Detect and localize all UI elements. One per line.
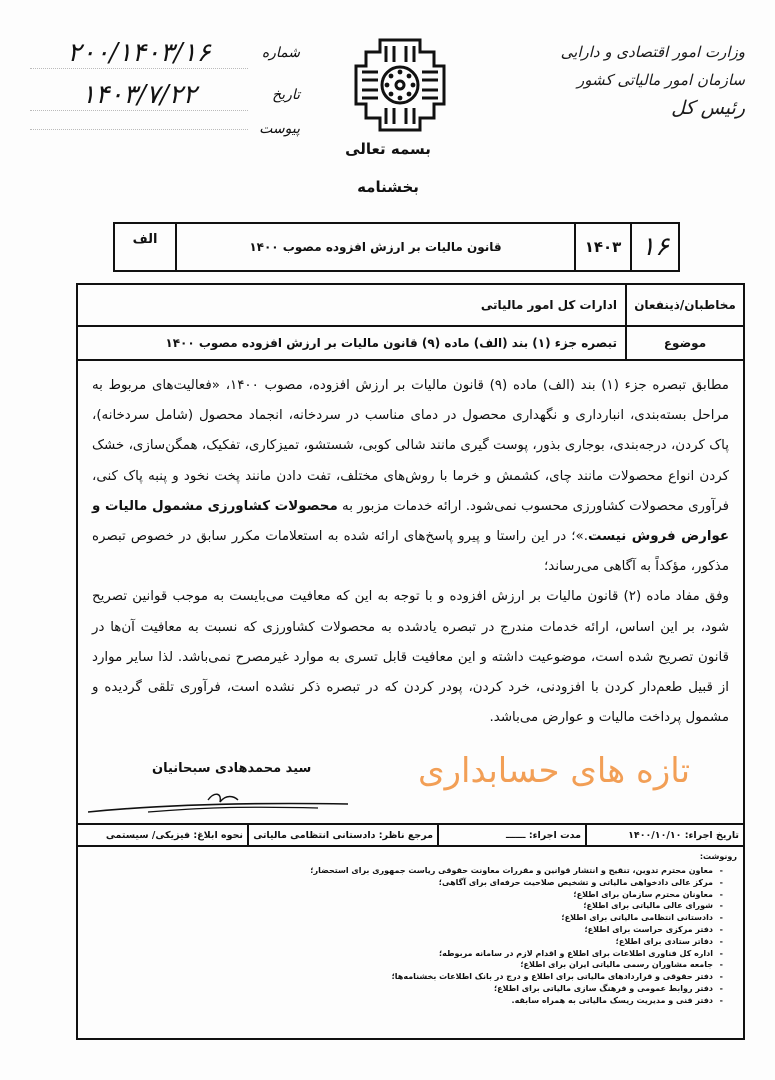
delivery-method: نحوه ابلاغ: فیزیکی/ سیستمی	[78, 825, 247, 845]
cc-list: رونوشت: معاون محترم تدوین، تنقیح و انتشا…	[88, 851, 737, 1007]
date-row: تاریخ ۱۴۰۳/۷/۲۲	[30, 74, 300, 116]
cc-title: رونوشت:	[88, 851, 737, 863]
cc-item: دفتر حقوقی و قراردادهای مالیاتی برای اطل…	[88, 971, 723, 983]
cc-item: معاون محترم تدوین، تنقیح و انتشار قوانین…	[88, 865, 723, 877]
subject-label: موضوع	[625, 327, 743, 359]
subject-value: تبصره جزء (۱) بند (الف) ماده (۹) قانون م…	[78, 327, 625, 359]
cc-item: دادستانی انتظامی مالیاتی برای اطلاع؛	[88, 912, 723, 924]
circular-law-title: قانون مالیات بر ارزش افزوده مصوب ۱۴۰۰	[175, 224, 574, 270]
circular-body-frame: مخاطبان/ذینفعان ادارات کل امور مالیاتی م…	[76, 283, 745, 1040]
recipients-row: مخاطبان/ذینفعان ادارات کل امور مالیاتی	[78, 285, 743, 327]
tax-organization-emblem-icon	[354, 38, 446, 132]
watermark-text: تازه های حسابداری	[418, 751, 690, 791]
cc-item: اداره کل فناوری اطلاعات برای اطلاع و اقد…	[88, 948, 723, 960]
ministry-header: وزارت امور اقتصادی و دارایی سازمان امور …	[545, 38, 745, 122]
execution-date: تاریخ اجراء: ۱۴۰۰/۱۰/۱۰	[585, 825, 743, 845]
body-paragraph-1: مطابق تبصره جزء (۱) بند (الف) ماده (۹) ق…	[92, 371, 729, 582]
circular-header-table: ۱۶ ۱۴۰۳ قانون مالیات بر ارزش افزوده مصوب…	[113, 222, 680, 272]
execution-period: مدت اجراء: ــــــ	[437, 825, 585, 845]
ministry-name: وزارت امور اقتصادی و دارایی	[545, 38, 745, 66]
document-type-heading: بخشنامه	[300, 178, 476, 196]
number-value: ۲۰۰/۱۴۰۳/۱۶	[30, 38, 248, 69]
circular-body-text: مطابق تبصره جزء (۱) بند (الف) ماده (۹) ق…	[92, 371, 729, 733]
cc-item: معاونان محترم سازمان برای اطلاع؛	[88, 889, 723, 901]
circular-year: ۱۴۰۳	[574, 224, 630, 270]
number-row: شماره ۲۰۰/۱۴۰۳/۱۶	[30, 32, 300, 74]
cc-item: شورای عالی مالیاتی برای اطلاع؛	[88, 900, 723, 912]
circular-series: الف	[115, 224, 175, 270]
recipients-label: مخاطبان/ذینفعان	[625, 285, 743, 325]
date-label: تاریخ	[248, 87, 300, 103]
signature-scribble-icon	[88, 790, 408, 822]
attachment-value	[30, 129, 248, 130]
signer-name: سید محمدهادی سبحانیان	[152, 761, 311, 776]
organization-name: سازمان امور مالیاتی کشور	[545, 66, 745, 94]
number-label: شماره	[248, 45, 300, 61]
attachment-label: پیوست	[248, 121, 300, 137]
cc-item: دفتر فنی و مدیریت ریسک مالیاتی به همراه …	[88, 995, 723, 1007]
circular-number: ۱۶	[630, 224, 678, 270]
subject-row: موضوع تبصره جزء (۱) بند (الف) ماده (۹) ق…	[78, 327, 743, 361]
cc-item: مرکز عالی دادخواهی مالیاتی و تشخیص صلاحی…	[88, 877, 723, 889]
supervising-authority: مرجع ناظر: دادستانی انتظامی مالیاتی	[247, 825, 437, 845]
date-value: ۱۴۰۳/۷/۲۲	[30, 80, 248, 111]
body-paragraph-2: وفق مفاد ماده (۲) قانون مالیات بر ارزش ا…	[92, 582, 729, 733]
cc-item: دفتر مرکزی حراست برای اطلاع؛	[88, 924, 723, 936]
cc-item: جامعه مشاوران رسمی مالیاتی ایران برای اط…	[88, 959, 723, 971]
cc-item: دفاتر ستادی برای اطلاع؛	[88, 936, 723, 948]
office-title: رئیس کل	[545, 94, 745, 122]
recipients-value: ادارات کل امور مالیاتی	[78, 285, 625, 325]
letter-meta: شماره ۲۰۰/۱۴۰۳/۱۶ تاریخ ۱۴۰۳/۷/۲۲ پیوست	[30, 32, 300, 142]
cc-item: دفتر روابط عمومی و فرهنگ سازی مالیاتی بر…	[88, 983, 723, 995]
bismillah-heading: بسمه تعالی	[300, 140, 476, 158]
attachment-row: پیوست	[30, 116, 300, 142]
execution-info-row: تاریخ اجراء: ۱۴۰۰/۱۰/۱۰ مدت اجراء: ـــــ…	[78, 823, 743, 847]
